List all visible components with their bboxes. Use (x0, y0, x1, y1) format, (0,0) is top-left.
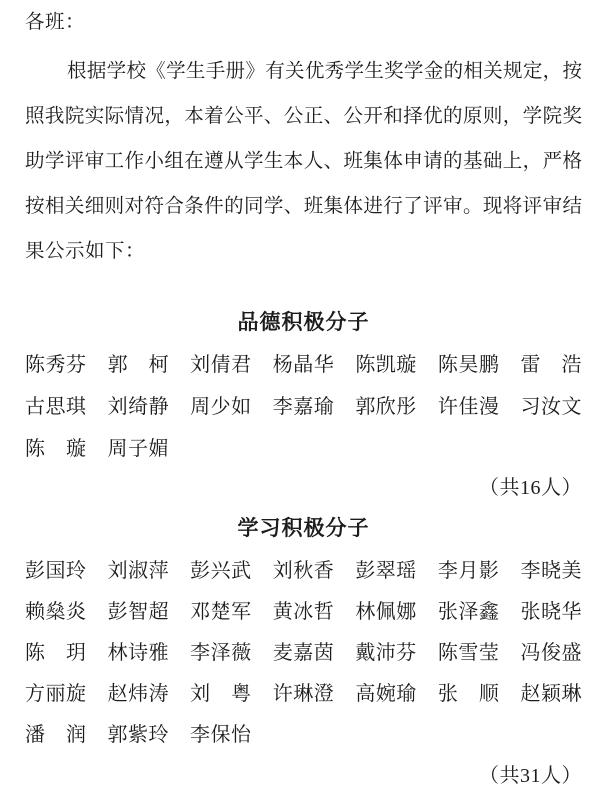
person-name: 郭紫玲 (108, 723, 170, 747)
person-name: 赖燊炎 (25, 600, 87, 624)
person-name: 李月影 (438, 559, 500, 583)
person-name: 雷 浩 (520, 353, 582, 377)
person-name: 彭智超 (108, 600, 170, 624)
count-note: （共16人） (25, 474, 582, 502)
person-name: 陈昊鹏 (438, 353, 500, 377)
name-row: 彭国玲刘淑萍彭兴武刘秋香彭翠瑶李月影李晓美 (25, 559, 582, 600)
name-row: 陈秀芬郭 柯刘倩君杨晶华陈凯璇陈昊鹏雷 浩 (25, 353, 582, 395)
paragraph-line: 按相关细则对符合条件的同学、班集体进行了评审。现将评审结 (25, 193, 582, 221)
person-name: 戴沛芬 (355, 641, 417, 665)
paragraph-line: 助学评审工作小组在遵从学生本人、班集体申请的基础上，严格 (25, 148, 582, 176)
person-name: 张 顺 (438, 682, 500, 706)
name-row: 古思琪刘绮静周少如李嘉瑜郭欣彤许佳漫习汝文 (25, 395, 582, 437)
person-name: 麦嘉茵 (273, 641, 335, 665)
name-row: 陈 璇周子媚 (25, 437, 582, 479)
paragraph-line: 果公示如下： (25, 238, 582, 266)
person-name: 陈凯璇 (355, 353, 417, 377)
person-name: 许佳漫 (438, 395, 500, 419)
section-title-moral-activists: 品德积极分子 (25, 308, 582, 336)
person-name: 郭 柯 (108, 353, 170, 377)
person-name: 彭翠瑶 (355, 559, 417, 583)
person-name: 冯俊盛 (520, 641, 582, 665)
person-name: 刘绮静 (108, 395, 170, 419)
document-page: 各班： 根据学校《学生手册》有关优秀学生奖学金的相关规定，按 照我院实际情况，本… (0, 0, 609, 792)
name-row: 方丽旋赵炜涛刘 粤许琳澄高婉瑜张 顺赵颖琳 (25, 682, 582, 723)
person-name: 周少如 (190, 395, 252, 419)
person-name: 彭国玲 (25, 559, 87, 583)
person-name: 许琳澄 (273, 682, 335, 706)
person-name: 李嘉瑜 (273, 395, 335, 419)
person-name: 林佩娜 (355, 600, 417, 624)
person-name: 刘淑萍 (108, 559, 170, 583)
person-name: 杨晶华 (273, 353, 335, 377)
section-title-study-activists: 学习积极分子 (25, 514, 582, 542)
person-name: 林诗雅 (108, 641, 170, 665)
name-list-moral-activists: 陈秀芬郭 柯刘倩君杨晶华陈凯璇陈昊鹏雷 浩古思琪刘绮静周少如李嘉瑜郭欣彤许佳漫习… (25, 353, 582, 479)
person-name: 郭欣彤 (355, 395, 417, 419)
person-name: 习汝文 (520, 395, 582, 419)
person-name: 陈 玥 (25, 641, 87, 665)
person-name: 刘倩君 (190, 353, 252, 377)
person-name: 李保怡 (190, 723, 252, 747)
name-row: 赖燊炎彭智超邓楚军黄冰哲林佩娜张泽鑫张晓华 (25, 600, 582, 641)
person-name: 彭兴武 (190, 559, 252, 583)
person-name: 刘秋香 (273, 559, 335, 583)
salutation: 各班： (25, 9, 582, 37)
person-name: 陈雪莹 (438, 641, 500, 665)
count-note: （共31人） (25, 762, 582, 790)
person-name: 高婉瑜 (355, 682, 417, 706)
name-row: 潘 润郭紫玲李保怡 (25, 723, 582, 764)
person-name: 古思琪 (25, 395, 87, 419)
person-name: 陈秀芬 (25, 353, 87, 377)
name-row: 陈 玥林诗雅李泽薇麦嘉茵戴沛芬陈雪莹冯俊盛 (25, 641, 582, 682)
person-name: 赵颖琳 (520, 682, 582, 706)
person-name: 刘 粤 (190, 682, 252, 706)
person-name: 张晓华 (520, 600, 582, 624)
paragraph-line: 照我院实际情况，本着公平、公正、公开和择优的原则，学院奖 (25, 103, 582, 131)
person-name: 李晓美 (520, 559, 582, 583)
person-name: 周子媚 (108, 437, 170, 461)
paragraph-line: 根据学校《学生手册》有关优秀学生奖学金的相关规定，按 (25, 58, 582, 86)
person-name: 张泽鑫 (438, 600, 500, 624)
person-name: 陈 璇 (25, 437, 87, 461)
person-name: 方丽旋 (25, 682, 87, 706)
person-name: 邓楚军 (190, 600, 252, 624)
name-list-study-activists: 彭国玲刘淑萍彭兴武刘秋香彭翠瑶李月影李晓美赖燊炎彭智超邓楚军黄冰哲林佩娜张泽鑫张… (25, 559, 582, 764)
person-name: 赵炜涛 (108, 682, 170, 706)
person-name: 潘 润 (25, 723, 87, 747)
person-name: 李泽薇 (190, 641, 252, 665)
person-name: 黄冰哲 (273, 600, 335, 624)
